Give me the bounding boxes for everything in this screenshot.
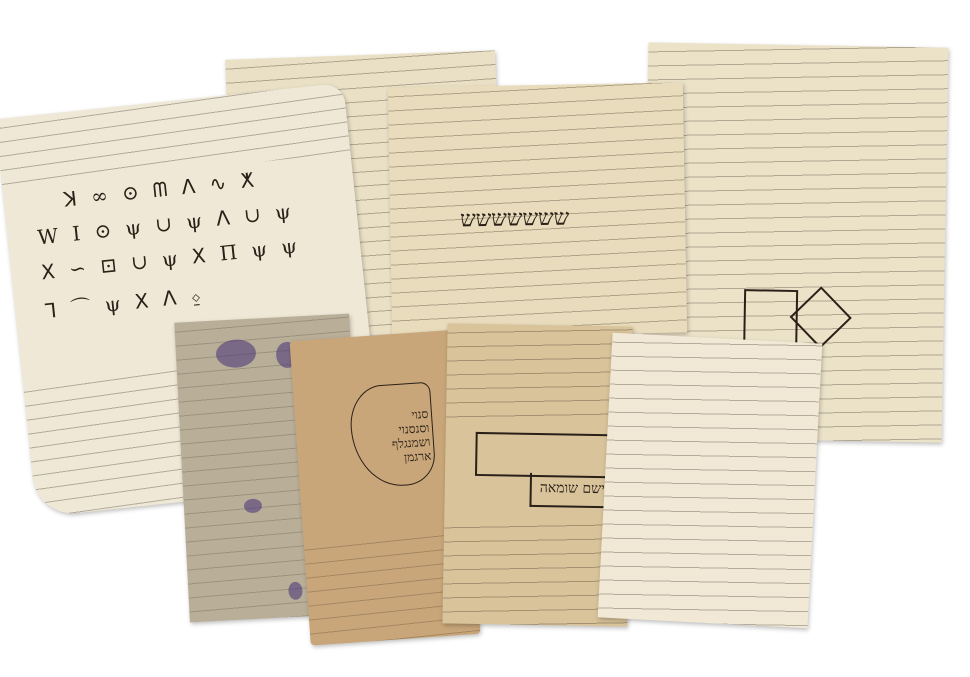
heading-text: ששששששש xyxy=(460,204,569,232)
figure-text: סנוי וסנסנוי ושמנגלף ארגמן xyxy=(390,407,432,466)
manuscripts-photo: ששששששש ꓘ ∞ ⊙ ᗰ ꓥ ∿ ⵅ W I ⊙ ψ ∪ ψ ꓥ ∪ ψ … xyxy=(0,0,970,677)
sheet-top-center: ששששששש xyxy=(388,82,687,337)
magic-script-row: ꓶ ⌒ ψ ꓫ ꓥ ⍚ xyxy=(44,278,208,324)
sheet-bottom-right xyxy=(598,333,823,629)
figure-line: ארגמן xyxy=(392,449,431,466)
